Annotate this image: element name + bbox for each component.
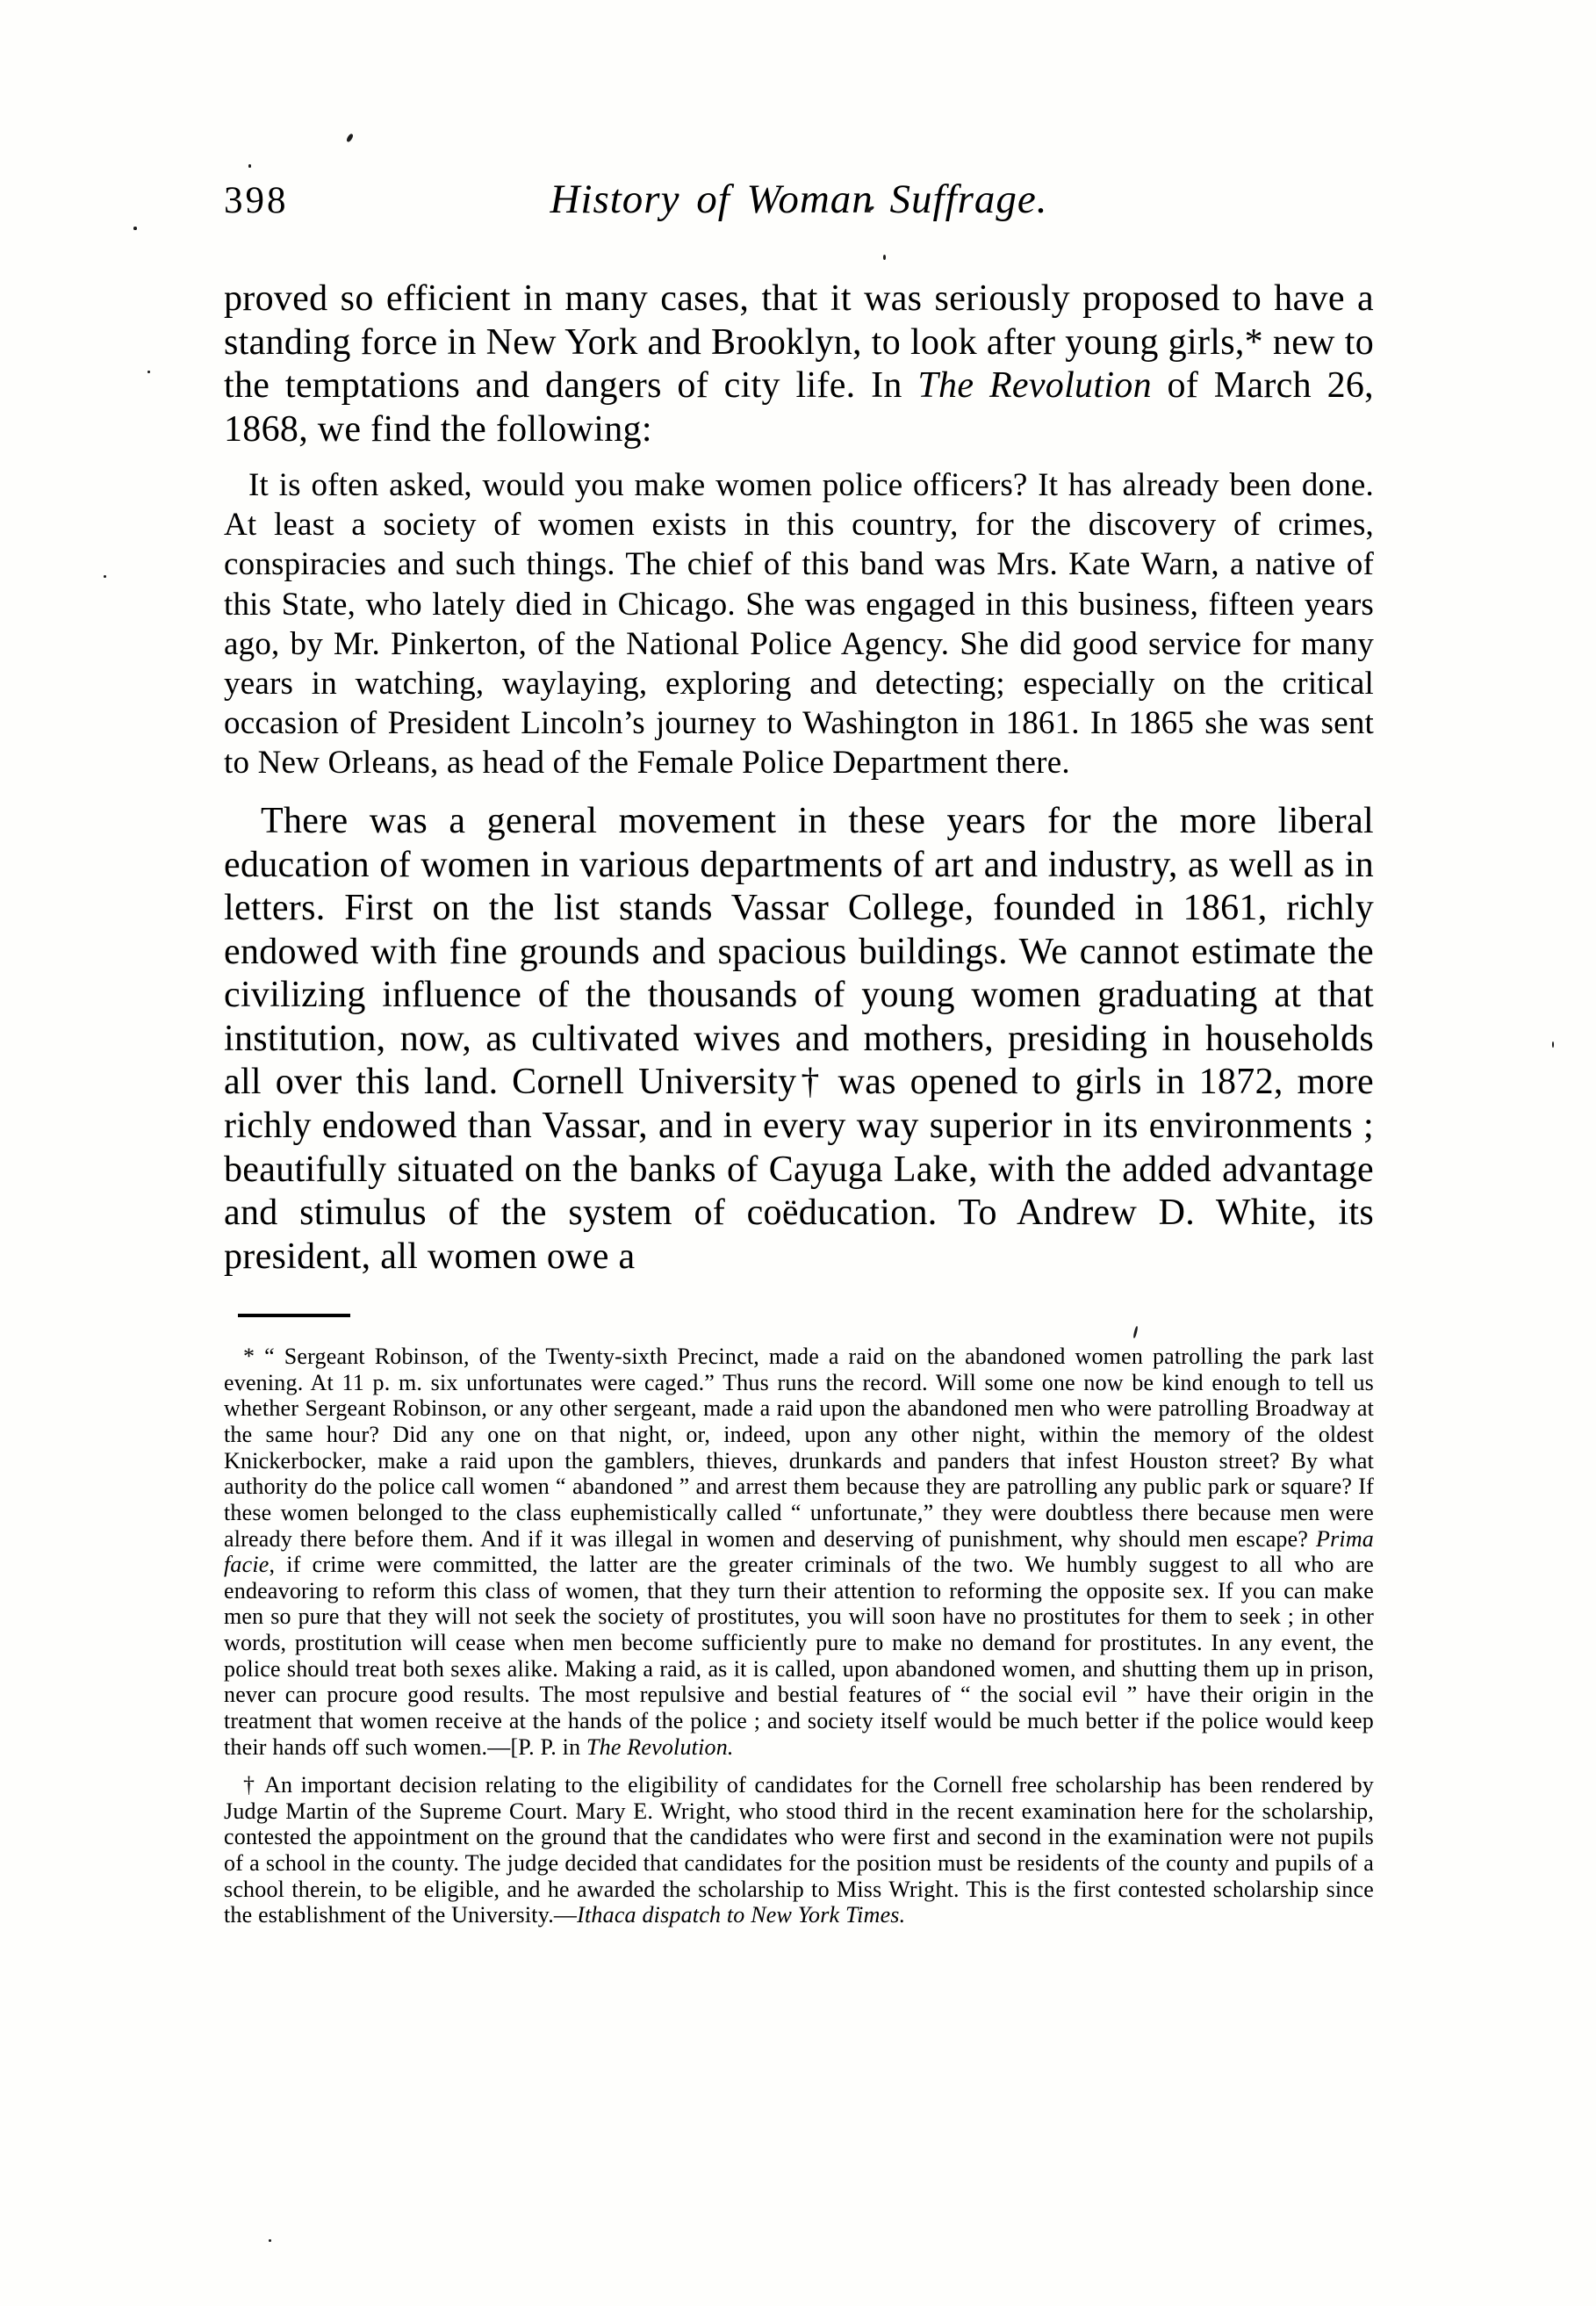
text-run: There was a general movement in these ye…: [224, 801, 1374, 1276]
italic-text-run: The Revolution.: [586, 1734, 734, 1760]
book-page: 398 History of Woman Suffrage. proved so…: [0, 0, 1596, 2306]
text-run: * “ Sergeant Robinson, of the Twenty-six…: [224, 1344, 1374, 1551]
footnote-dagger: † An important decision relating to the …: [224, 1772, 1374, 1928]
page-header: 398 History of Woman Suffrage.: [224, 176, 1374, 223]
education-paragraph: There was a general movement in these ye…: [224, 800, 1374, 1279]
scan-speck: [248, 164, 251, 168]
italic-text-run: Ithaca dispatch to New York Times.: [577, 1902, 905, 1928]
footnotes-section: * “ Sergeant Robinson, of the Twenty-six…: [224, 1344, 1374, 1928]
revolution-extract: It is often asked, would you make women …: [224, 465, 1374, 782]
scan-speck: [104, 575, 106, 578]
opening-paragraph: proved so efficient in many cases, that …: [224, 277, 1374, 451]
scan-speck: [1552, 1041, 1554, 1048]
page-number: 398: [224, 179, 289, 222]
scan-speck: [269, 2239, 271, 2242]
text-run: , if crime were committed, the latter ar…: [224, 1552, 1374, 1759]
footnote-asterisk: * “ Sergeant Robinson, of the Twenty-six…: [224, 1344, 1374, 1760]
scan-speck: [133, 227, 137, 230]
footnote-separator-rule: [238, 1314, 350, 1317]
scan-speck: [147, 371, 150, 373]
main-text-block: proved so efficient in many cases, that …: [224, 277, 1374, 1279]
italic-text-run: The Revolution: [917, 365, 1152, 406]
running-title: History of Woman Suffrage.: [550, 176, 1047, 223]
scan-speck: [1132, 1326, 1138, 1338]
scan-speck: [346, 133, 355, 142]
scan-speck: [883, 255, 886, 260]
text-run: It is often asked, would you make women …: [224, 467, 1374, 781]
